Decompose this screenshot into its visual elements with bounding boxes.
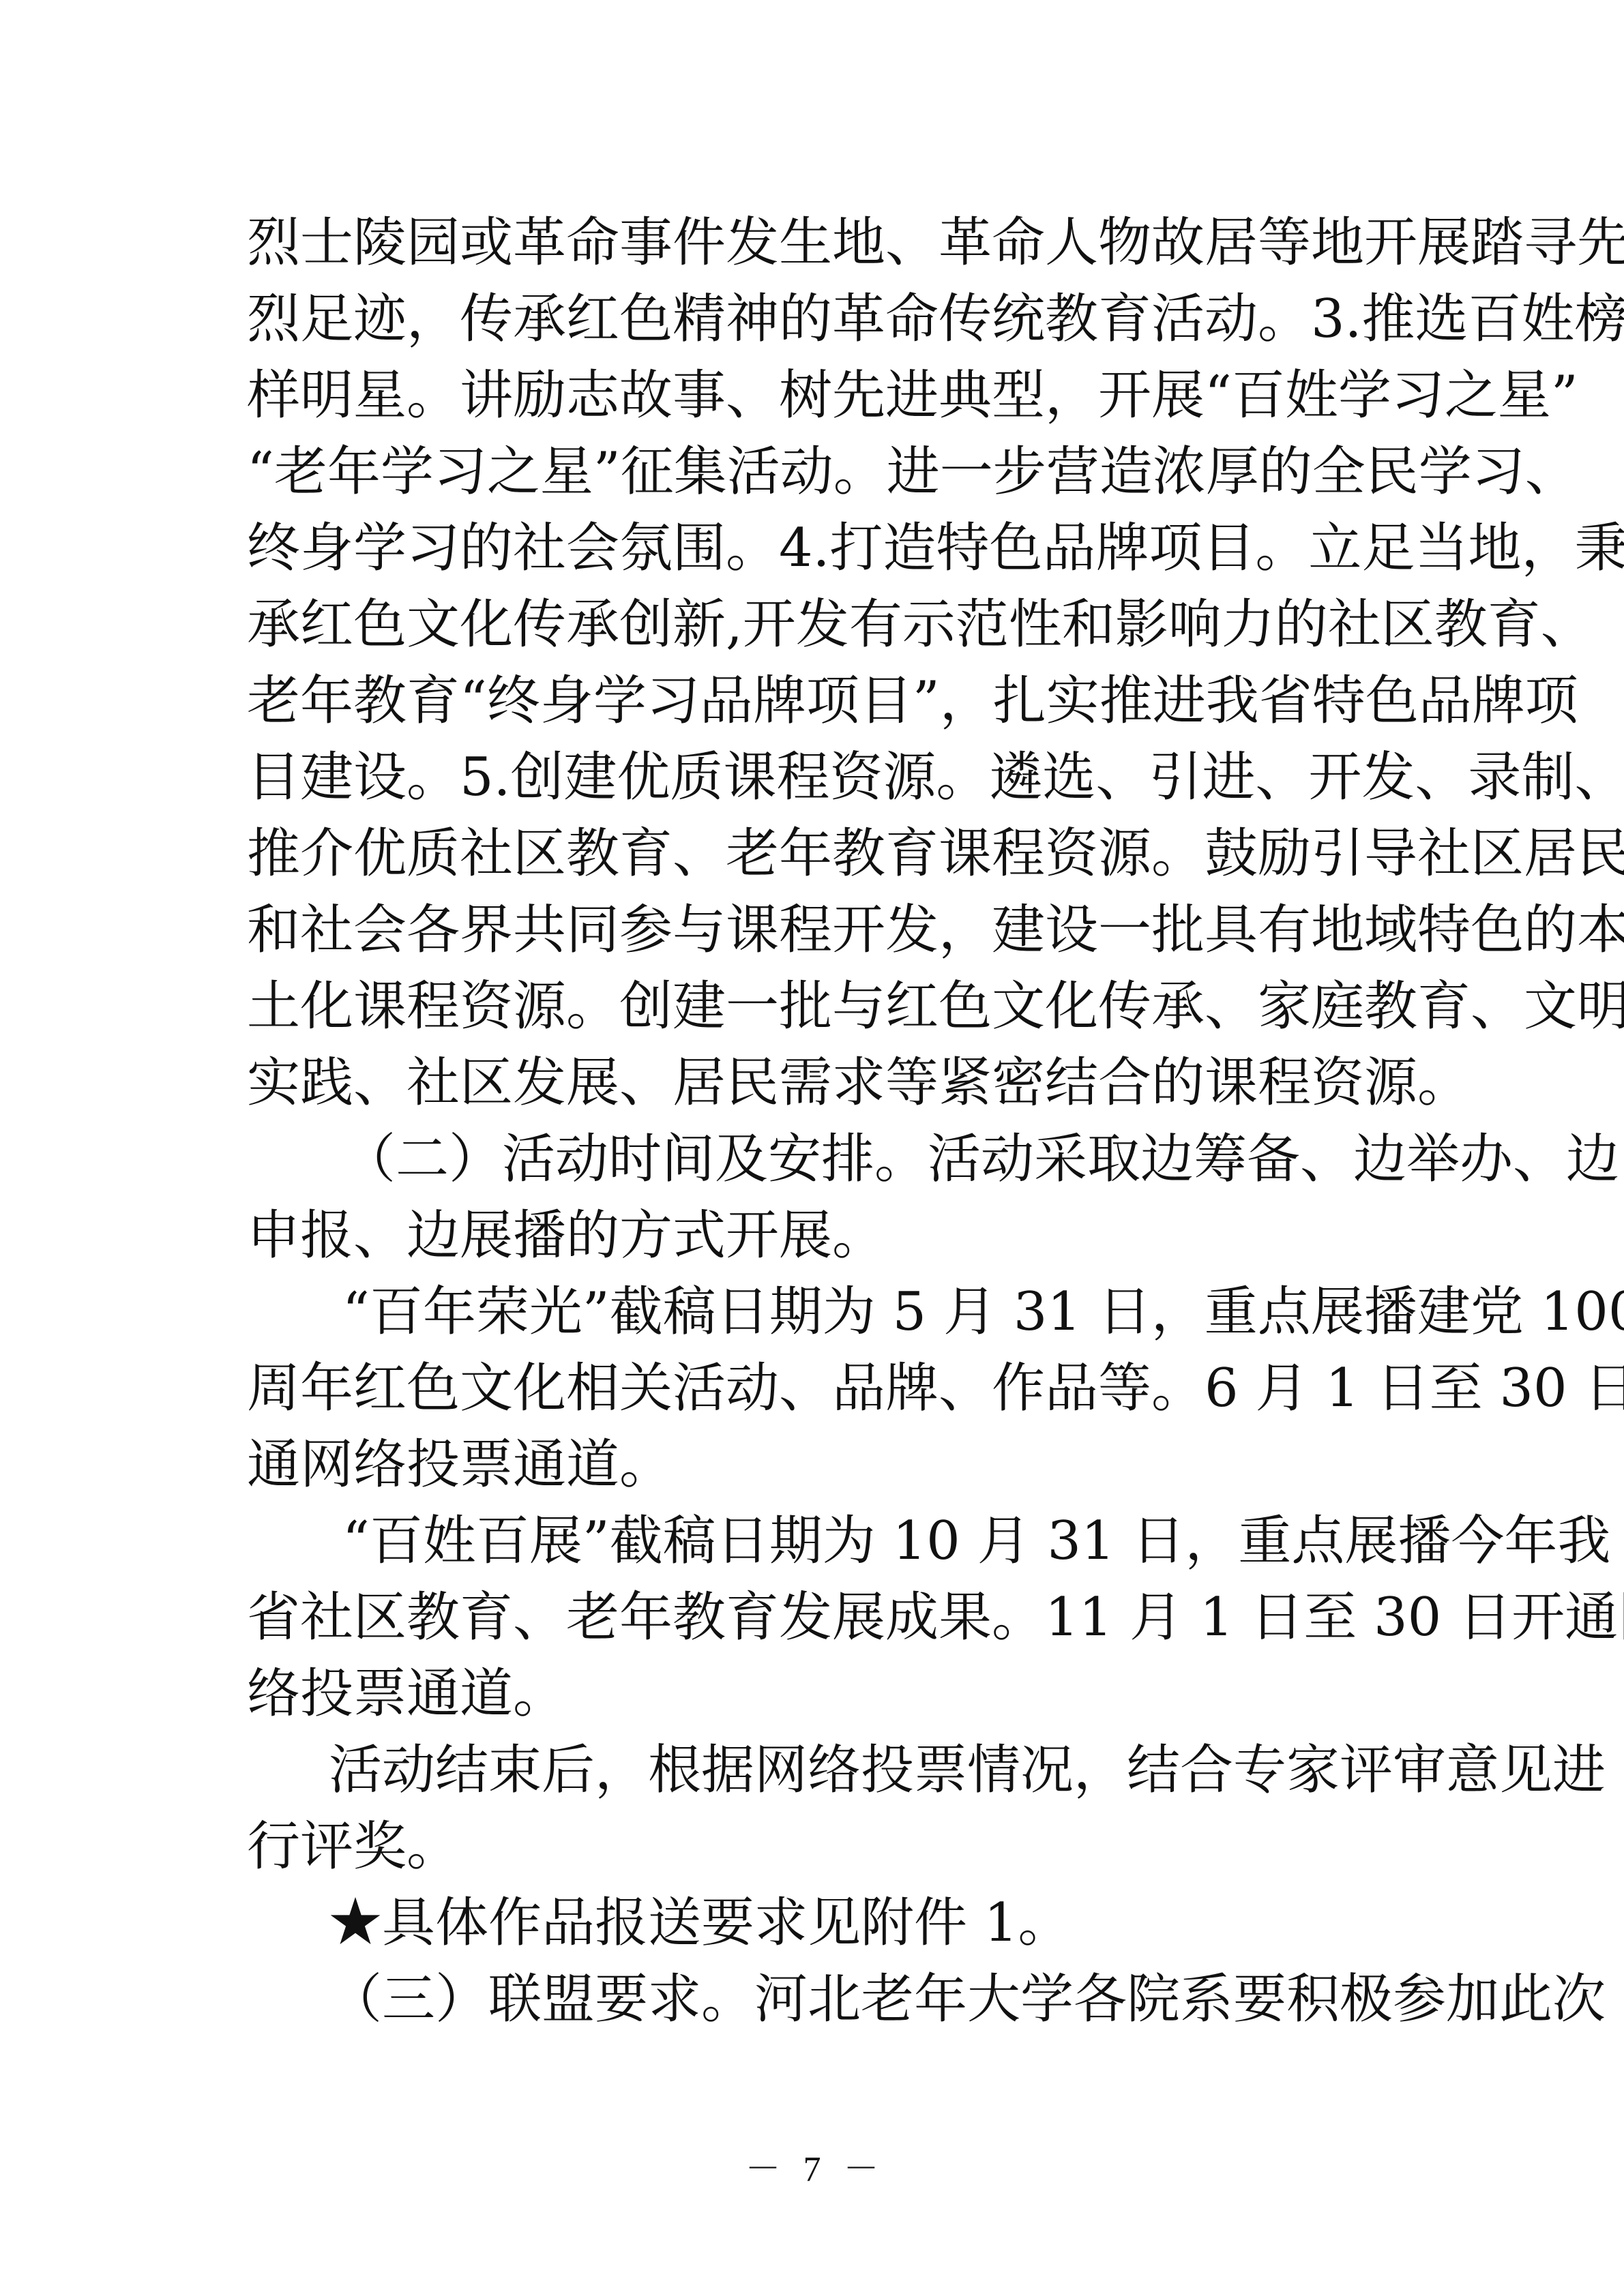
section-heading-alliance-requirements: （三）联盟要求。河北老年大学各院系要积极参加此次	[247, 1961, 1379, 2038]
text-line: “百姓百展”截稿日期为 10 月 31 日，重点展播今年我	[247, 1503, 1379, 1579]
text-line: 活动结束后，根据网络投票情况，结合专家评审意见进	[247, 1732, 1379, 1808]
text-line: 土化课程资源。创建一批与红色文化传承、家庭教育、文明	[247, 968, 1379, 1045]
text-line: 烈足迹，传承红色精神的革命传统教育活动。3.推选百姓榜	[247, 281, 1379, 357]
text-line: 周年红色文化相关活动、品牌、作品等。6 月 1 日至 30 日开	[247, 1350, 1379, 1427]
document-page: 烈士陵园或革命事件发生地、革命人物故居等地开展踏寻先 烈足迹，传承红色精神的革命…	[0, 0, 1624, 2296]
text-line: 目建设。5.创建优质课程资源。遴选、引进、开发、录制、	[247, 739, 1379, 816]
text-line: “百年荣光”截稿日期为 5 月 31 日，重点展播建党 100	[247, 1274, 1379, 1350]
text-line: 烈士陵园或革命事件发生地、革命人物故居等地开展踏寻先	[247, 205, 1379, 281]
text-line: 申报、边展播的方式开展。	[247, 1197, 1379, 1274]
text-line: 行评奖。	[247, 1808, 1379, 1885]
text-line: 样明星。讲励志故事、树先进典型，开展“百姓学习之星”	[247, 357, 1379, 434]
text-line: 推介优质社区教育、老年教育课程资源。鼓励引导社区居民	[247, 816, 1379, 892]
text-line: 络投票通道。	[247, 1656, 1379, 1732]
text-line: 通网络投票通道。	[247, 1427, 1379, 1503]
body-text: 烈士陵园或革命事件发生地、革命人物故居等地开展踏寻先 烈足迹，传承红色精神的革命…	[247, 205, 1379, 2038]
section-heading-activity-schedule: （二）活动时间及安排。活动采取边筹备、边举办、边	[247, 1121, 1379, 1197]
text-line: 和社会各界共同参与课程开发，建设一批具有地域特色的本	[247, 892, 1379, 968]
text-line: 省社区教育、老年教育发展成果。11 月 1 日至 30 日开通网	[247, 1579, 1379, 1656]
attachment-note: ★具体作品报送要求见附件 1。	[247, 1885, 1379, 1961]
text-line: 终身学习的社会氛围。4.打造特色品牌项目。立足当地，秉	[247, 510, 1379, 586]
page-number: － 7 －	[0, 2140, 1624, 2191]
text-line: 承红色文化传承创新,开发有示范性和影响力的社区教育、	[247, 586, 1379, 663]
text-line: 老年教育“终身学习品牌项目”，扎实推进我省特色品牌项	[247, 663, 1379, 739]
text-line: “老年学习之星”征集活动。进一步营造浓厚的全民学习、	[247, 434, 1379, 510]
text-line: 实践、社区发展、居民需求等紧密结合的课程资源。	[247, 1045, 1379, 1121]
